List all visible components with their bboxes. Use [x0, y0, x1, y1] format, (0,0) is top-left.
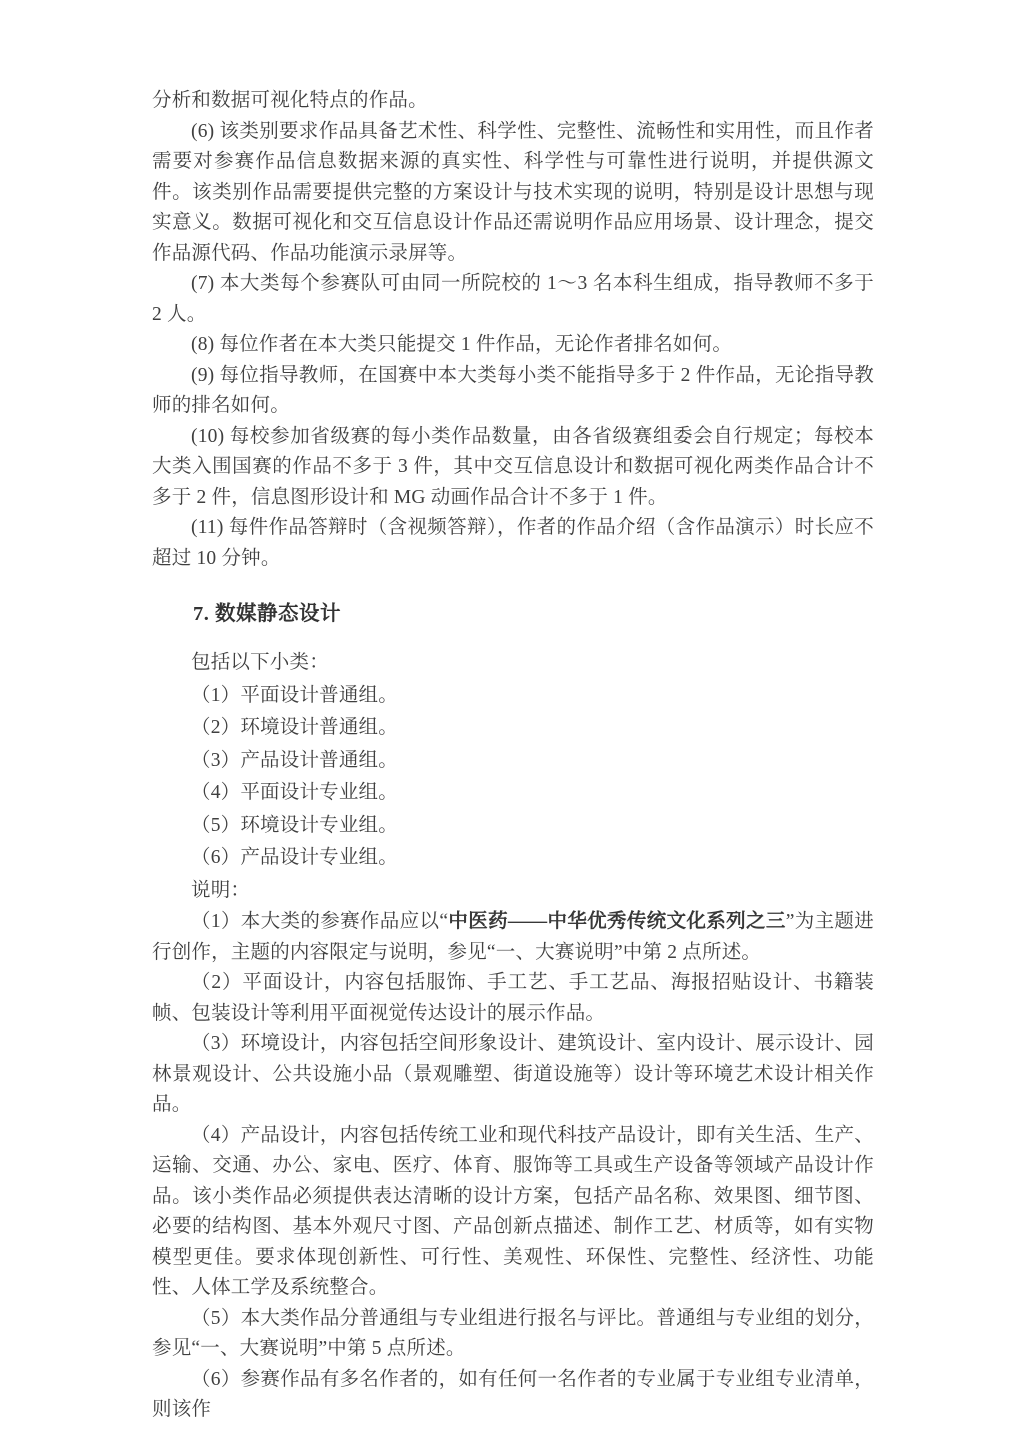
- list-item-2: （2）环境设计普通组。: [152, 712, 874, 745]
- paragraph-rule-7: (7) 本大类每个参赛队可由同一所院校的 1～3 名本科生组成，指导教师不多于 …: [152, 269, 874, 330]
- list-item-4: （4）平面设计专业组。: [152, 777, 874, 810]
- section-heading: 7. 数媒静态设计: [152, 601, 874, 627]
- notes-label: 说明：: [152, 875, 874, 908]
- note-item-4: （4）产品设计，内容包括传统工业和现代科技产品设计，即有关生活、生产、运输、交通…: [152, 1121, 874, 1304]
- list-item-6: （6）产品设计专业组。: [152, 842, 874, 875]
- list-item-1: （1）平面设计普通组。: [152, 680, 874, 713]
- paragraph-rule-11: (11) 每件作品答辩时（含视频答辩），作者的作品介绍（含作品演示）时长应不超过…: [152, 513, 874, 574]
- note-item-2: （2）平面设计，内容包括服饰、手工艺、手工艺品、海报招贴设计、书籍装帧、包装设计…: [152, 968, 874, 1029]
- theme-title-highlight: 中医药——中华优秀传统文化系列之三: [448, 911, 786, 932]
- note-item-6: （6）参赛作品有多名作者的，如有任何一名作者的专业属于专业组专业清单，则该作: [152, 1365, 874, 1426]
- paragraph-continuation: 分析和数据可视化特点的作品。: [152, 86, 874, 117]
- list-item-5: （5）环境设计专业组。: [152, 810, 874, 843]
- list-item-3: （3）产品设计普通组。: [152, 745, 874, 778]
- paragraph-rule-8: (8) 每位作者在本大类只能提交 1 件作品，无论作者排名如何。: [152, 330, 874, 361]
- note-1-pre: （1）本大类的参赛作品应以“: [191, 911, 448, 932]
- paragraph-rule-10: (10) 每校参加省级赛的每小类作品数量，由各省级赛组委会自行规定；每校本大类入…: [152, 422, 874, 514]
- paragraph-rule-6: (6) 该类别要求作品具备艺术性、科学性、完整性、流畅性和实用性，而且作者需要对…: [152, 117, 874, 270]
- note-item-1: （1）本大类的参赛作品应以“中医药——中华优秀传统文化系列之三”为主题进行创作，…: [152, 907, 874, 968]
- paragraph-rule-9: (9) 每位指导教师，在国赛中本大类每小类不能指导多于 2 件作品，无论指导教师…: [152, 361, 874, 422]
- note-item-3: （3）环境设计，内容包括空间形象设计、建筑设计、室内设计、展示设计、园林景观设计…: [152, 1029, 874, 1121]
- list-intro: 包括以下小类：: [152, 647, 874, 680]
- document-page: 分析和数据可视化特点的作品。 (6) 该类别要求作品具备艺术性、科学性、完整性、…: [0, 0, 1024, 1448]
- note-item-5: （5）本大类作品分普通组与专业组进行报名与评比。普通组与专业组的划分，参见“一、…: [152, 1304, 874, 1365]
